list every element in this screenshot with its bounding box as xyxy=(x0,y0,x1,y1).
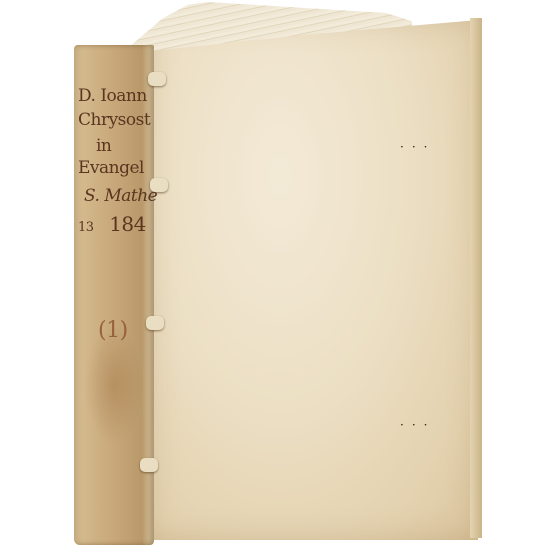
front-cover xyxy=(148,20,478,540)
spine-stain xyxy=(84,325,144,445)
spine-shelfmark-number: 184 xyxy=(97,212,146,236)
spine-band-2 xyxy=(150,178,168,192)
tie-holes-lower: ··· xyxy=(400,418,435,432)
spine-title-line-4: Evangel xyxy=(78,157,156,179)
cover-fore-edge xyxy=(470,18,482,538)
spine-title-line-2: Chrysost xyxy=(78,109,156,131)
spine-band-4 xyxy=(140,458,158,472)
spine-title-line-3: in xyxy=(78,135,174,157)
spine-band-1 xyxy=(148,72,166,86)
spine-shelf-mark: 13 184 xyxy=(78,213,156,239)
spine-title-line-1: D. Ioann xyxy=(78,85,156,107)
tie-holes-upper: ··· xyxy=(400,140,435,154)
spine-band-3 xyxy=(146,316,164,330)
book-photo: ··· ··· D. Ioann Chrysost in Evangel S. … xyxy=(0,0,550,550)
spine-number: 13 xyxy=(78,220,94,235)
